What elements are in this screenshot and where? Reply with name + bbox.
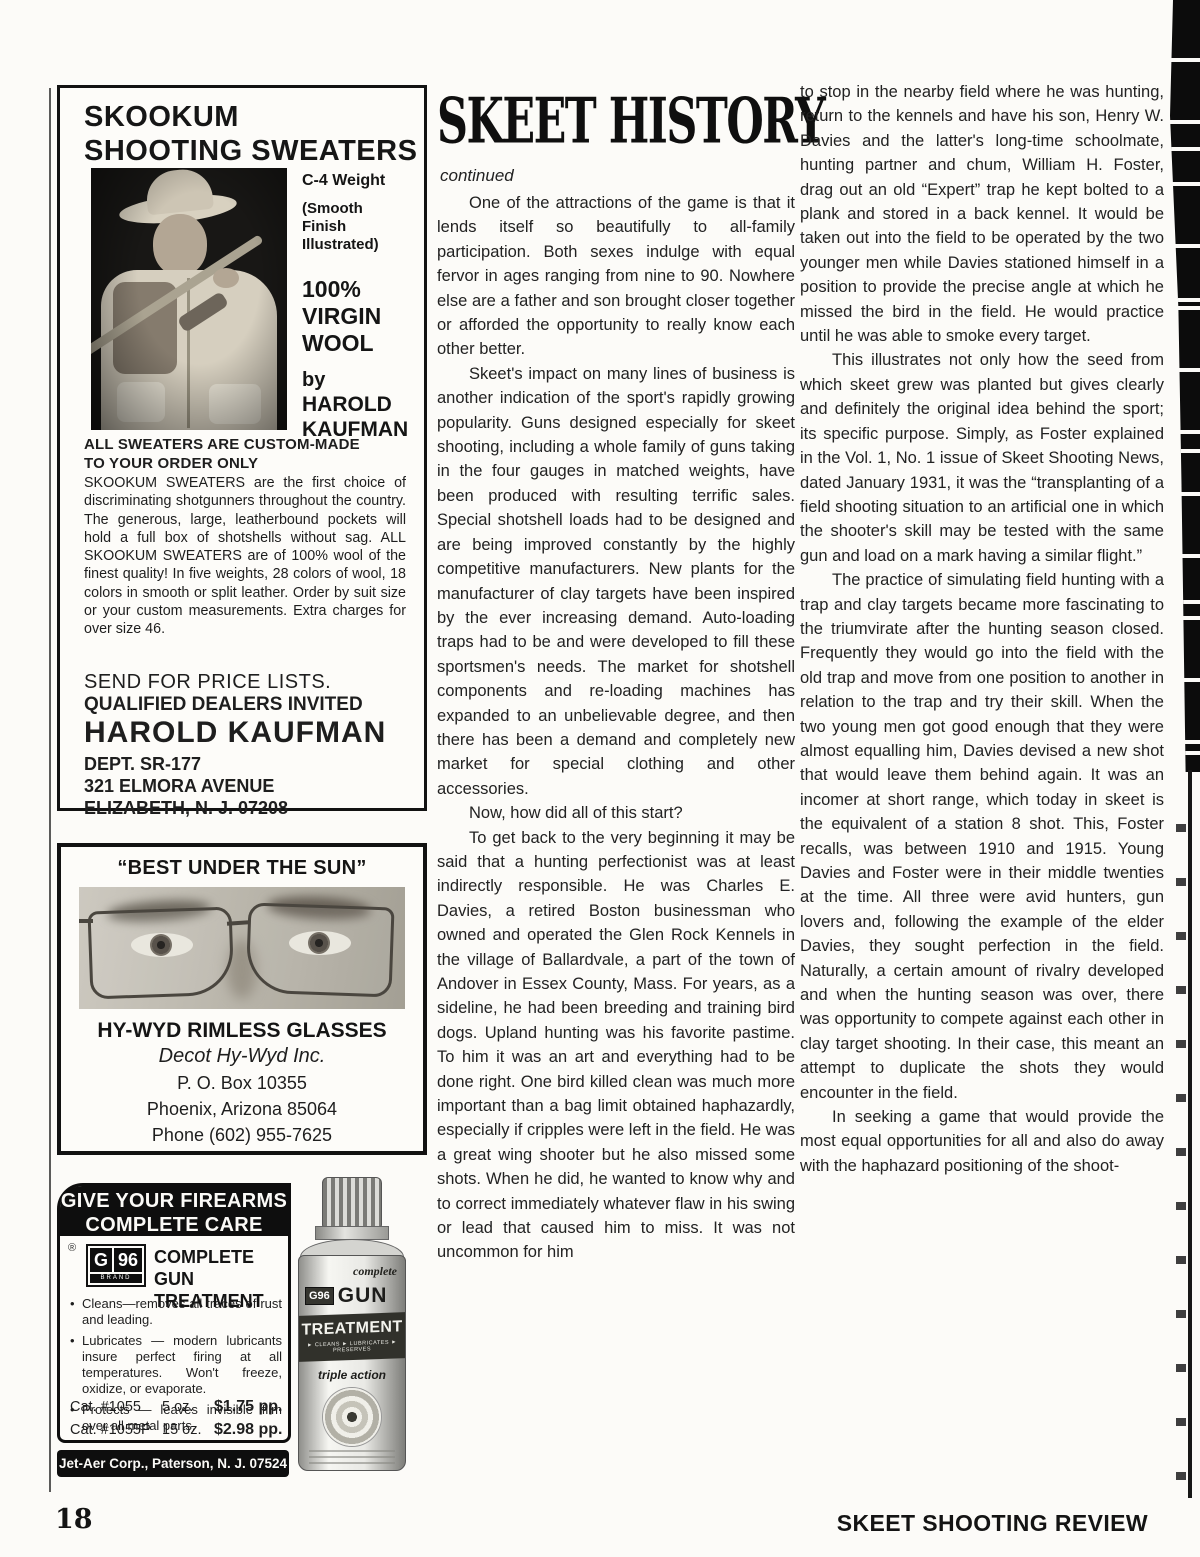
hywyd-ad: “BEST UNDER THE SUN” HY-WYD RIMLESS GLAS… [57,843,427,1155]
skookum-shooter-photo [91,168,287,430]
g96-bullet-lubricates: Lubricates — modern lubricants insure pe… [70,1333,282,1397]
skookum-title-line1: SKOOKUM [84,100,417,134]
skookum-title: SKOOKUM SHOOTING SWEATERS [84,100,417,168]
hywyd-eyes-photo [79,887,405,1009]
can-cap-shape [322,1177,382,1227]
glasses-temple-shape [79,919,93,923]
g96-banner: GIVE YOUR FIREARMS COMPLETE CARE [60,1186,288,1236]
g96-logo-brand: BRAND [90,1274,142,1283]
registered-mark: ® [68,1242,76,1254]
glasses-lens-shape [88,907,235,1000]
can-treatment-label: TREATMENT [299,1318,405,1340]
catalog-price: $2.98 pp. [214,1421,282,1439]
hywyd-phone: Phone (602) 955-7625 [61,1125,423,1146]
magazine-page: SKOOKUM SHOOTING SWEATERS C-4 Weight (Sm… [0,0,1200,1557]
custom-line2: TO YOUR ORDER ONLY [84,454,360,473]
skookum-side-text: C-4 Weight (Smooth Finish Illustrated) 1… [302,172,417,442]
article-title-text: SKEET HISTORY [437,84,824,157]
catalog-price: $1.75 pp. [214,1398,282,1416]
paragraph: Skeet's impact on many lines of business… [437,362,795,801]
custom-line1: ALL SWEATERS ARE CUSTOM-MADE [84,435,360,454]
scan-artifact-right-ticks [1176,778,1186,1494]
skookum-ad: SKOOKUM SHOOTING SWEATERS C-4 Weight (Sm… [57,85,427,811]
glasses-bridge-shape [227,920,249,926]
hywyd-company-name: Decot Hy-Wyd Inc. [61,1045,423,1068]
hywyd-product-name: HY-WYD RIMLESS GLASSES [61,1019,423,1043]
skookum-custom-made-note: ALL SWEATERS ARE CUSTOM-MADE TO YOUR ORD… [84,435,360,473]
scan-artifact-left-line [49,88,51,1492]
paragraph: to stop in the nearby field where he was… [800,80,1164,348]
g96-catalog-rows: Cat. #1055 5 oz. $1.75 pp. Cat. #1055P 1… [70,1398,284,1444]
skookum-dealers-line: QUALIFIED DEALERS INVITED [84,694,363,716]
paragraph: The practice of simulating field hunting… [800,568,1164,1105]
glasses-lens-shape [245,902,394,997]
catalog-number: Cat. #1055 [70,1399,162,1415]
skookum-address-line2: ELIZABETH, N. J. 07208 [84,798,288,819]
scan-artifact-right-strip [1170,0,1200,772]
skookum-send-line: SEND FOR PRICE LISTS. [84,671,331,694]
wool-line3: WOOL [302,330,417,357]
can-brand-row: G96 GUN [305,1284,387,1308]
g96-banner-line2: COMPLETE CARE [60,1213,288,1237]
can-fine-print [309,1450,395,1464]
skookum-title-line2: SHOOTING SWEATERS [84,134,417,168]
can-collar-shape [315,1226,389,1240]
magazine-name: SKEET SHOOTING REVIEW [837,1510,1148,1537]
catalog-number: Cat. #1055P [70,1422,162,1438]
g96-logo-96: 96 [114,1248,142,1272]
can-triple-action-label: triple action [299,1368,405,1382]
g96-bullet-cleans: Cleans—removes all traces of rust and le… [70,1296,282,1328]
paragraph: Now, how did all of this start? [437,801,795,825]
article-column-1: One of the attractions of the game is th… [437,191,795,1521]
can-brand-logo: G96 [305,1287,334,1305]
g96-logo-g: G [90,1248,112,1272]
wool-line1: 100% [302,276,417,303]
can-target-rings [323,1388,381,1446]
g96-content-box: GIVE YOUR FIREARMS COMPLETE CARE ® G 96 … [57,1183,291,1443]
paragraph: To get back to the very beginning it may… [437,826,795,1265]
g96-catalog-row: Cat. #1055 5 oz. $1.75 pp. [70,1398,284,1416]
paragraph: In seeking a game that would provide the… [800,1105,1164,1178]
can-gun-label: GUN [338,1284,388,1308]
photo-vignette [91,168,287,430]
can-label-band: TREATMENT ► CLEANS ► LUBRICATES ► PRESER… [299,1312,405,1362]
g96-catalog-row: Cat. #1055P 15 oz. $2.98 pp. [70,1421,284,1439]
can-features-label: ► CLEANS ► LUBRICATES ► PRESERVES [299,1339,405,1355]
g96-product-line1: COMPLETE GUN [154,1246,288,1290]
can-complete-label: complete [353,1264,397,1279]
paragraph: One of the attractions of the game is th… [437,191,795,362]
skookum-wool-label: 100% VIRGIN WOOL [302,276,417,357]
g96-logo: G 96 BRAND [86,1244,146,1287]
g96-company-bar: Jet-Aer Corp., Paterson, N. J. 07524 [57,1450,289,1477]
g96-can-photo: complete G96 GUN TREATMENT ► CLEANS ► LU… [285,1177,417,1479]
hywyd-city: Phoenix, Arizona 85064 [61,1099,423,1120]
g96-banner-line1: GIVE YOUR FIREARMS [60,1189,288,1213]
skookum-dept-line: DEPT. SR-177 [84,754,201,775]
skookum-by-label: by [302,369,417,392]
wool-line2: VIRGIN [302,303,417,330]
article-column-2: to stop in the nearby field where he was… [800,80,1164,1482]
scan-artifact-right-line [1188,770,1192,1498]
catalog-size: 5 oz. [162,1399,214,1415]
page-number: 18 [55,1504,93,1535]
maker-line1: HAROLD [302,392,417,417]
skookum-weight-label: C-4 Weight [302,172,417,190]
skookum-body-text: SKOOKUM SWEATERS are the first choice of… [84,474,406,639]
can-body-shape: complete G96 GUN TREATMENT ► CLEANS ► LU… [298,1255,406,1471]
skookum-contact-name: HAROLD KAUFMAN [84,716,386,750]
skookum-finish-note: (Smooth Finish Illustrated) [302,200,417,254]
continued-label: continued [440,166,514,186]
hywyd-po-box: P. O. Box 10355 [61,1073,423,1094]
paragraph: This illustrates not only how the seed f… [800,348,1164,568]
g96-logo-cells: G 96 [90,1248,142,1272]
hywyd-headline: “BEST UNDER THE SUN” [61,857,423,880]
g96-ad: GIVE YOUR FIREARMS COMPLETE CARE ® G 96 … [57,1183,427,1483]
skookum-address-line1: 321 ELMORA AVENUE [84,776,274,797]
catalog-size: 15 oz. [162,1422,214,1438]
